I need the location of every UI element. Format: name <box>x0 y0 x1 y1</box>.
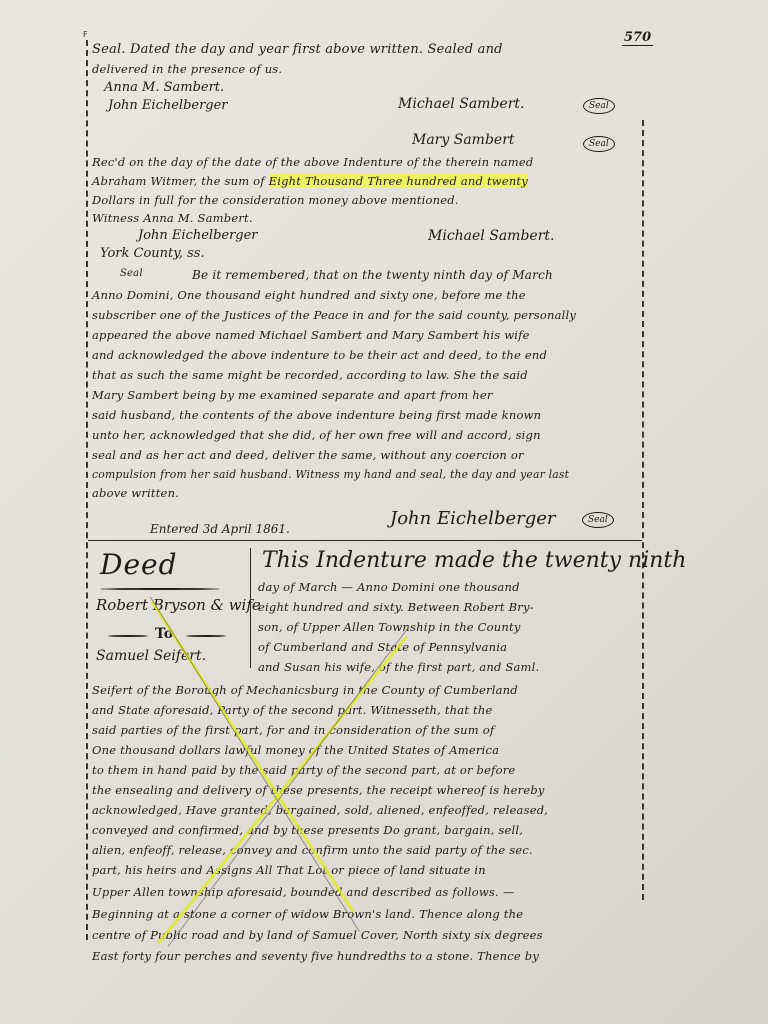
body-line: Upper Allen township aforesaid, bounded … <box>92 885 514 899</box>
receipt-witness-line: Witness Anna M. Sambert. <box>92 211 253 225</box>
text-line: delivered in the presence of us. <box>92 62 282 76</box>
receipt-text: Abraham Witmer, the sum of <box>92 174 265 188</box>
ack-line: said husband, the contents of the above … <box>92 408 541 422</box>
body-line: and State aforesaid, Party of the second… <box>92 703 492 717</box>
ack-line: Mary Sambert being by me examined separa… <box>92 388 493 402</box>
deed-column-divider <box>250 548 251 668</box>
grantor-signature: Michael Sambert. <box>398 96 524 112</box>
grantor-signature: Mary Sambert <box>412 132 515 148</box>
seal-mark: Seal <box>583 98 615 114</box>
ack-line: appeared the above named Michael Sambert… <box>92 328 530 342</box>
page-number: 570 <box>622 30 653 46</box>
document-photo: F 570 Seal. Dated the day and year first… <box>0 0 768 1024</box>
entered-note: Entered 3d April 1861. <box>150 522 290 536</box>
witness-label: Witness <box>92 211 139 225</box>
ack-line: above written. <box>92 486 179 500</box>
side-line: son, of Upper Allen Township in the Coun… <box>258 620 521 634</box>
witness-signature: Anna M. Sambert. <box>104 80 224 95</box>
highlighted-amount: Eight Thousand Three hundred and twenty <box>269 174 528 188</box>
body-line: Beginning at a stone a corner of widow B… <box>92 907 523 921</box>
receipt-line: Rec'd on the day of the date of the abov… <box>92 155 533 169</box>
body-line: Seifert of the Borough of Mechanicsburg … <box>92 683 518 697</box>
ack-line: Be it remembered, that on the twenty nin… <box>192 268 553 282</box>
side-line: of Cumberland and State of Pennsylvania <box>258 640 507 654</box>
seal-mark: Seal <box>583 136 615 152</box>
indenture-heading: This Indenture made the twenty ninth <box>262 548 686 573</box>
text-line: Seal. Dated the day and year first above… <box>92 42 503 57</box>
seal-mark: Seal <box>582 512 614 528</box>
witness-signature: Anna M. Sambert. <box>143 211 253 225</box>
corner-mark: F <box>83 30 88 39</box>
to-flourish-right <box>186 635 226 637</box>
to-flourish-left <box>108 635 148 637</box>
body-line: conveyed and confirmed, and by these pre… <box>92 823 523 837</box>
body-line: acknowledged, Have granted, bargained, s… <box>92 803 548 817</box>
body-line: the ensealing and delivery of these pres… <box>92 783 545 797</box>
body-line: said parties of the first part, for and … <box>92 723 494 737</box>
right-margin-rule <box>642 120 644 900</box>
section-divider <box>88 540 642 541</box>
left-margin-rule <box>86 40 88 940</box>
witness-signature: John Eichelberger <box>108 98 228 113</box>
body-line: East forty four perches and seventy five… <box>92 949 539 963</box>
ack-line: compulsion from her said husband. Witnes… <box>92 468 569 481</box>
ack-line: that as such the same might be recorded,… <box>92 368 528 382</box>
deed-title-flourish <box>100 588 220 590</box>
side-line: and Susan his wife, of the first part, a… <box>258 660 539 674</box>
ack-line: unto her, acknowledged that she did, of … <box>92 428 541 442</box>
witness-signature: John Eichelberger <box>138 228 258 243</box>
ack-line: subscriber one of the Justices of the Pe… <box>92 308 576 322</box>
body-line: part, his heirs and Assigns All That Lot… <box>92 863 486 877</box>
ack-line: Anno Domini, One thousand eight hundred … <box>92 288 526 302</box>
seal-margin-note: Seal <box>120 268 143 279</box>
county-line: York County, ss. <box>100 246 205 261</box>
ack-line: seal and as her act and deed, deliver th… <box>92 448 524 462</box>
side-line: eight hundred and sixty. Between Robert … <box>258 600 534 614</box>
receipt-line: Dollars in full for the consideration mo… <box>92 193 459 207</box>
grantor-name: Robert Bryson & wife <box>96 596 261 614</box>
receipt-line: Abraham Witmer, the sum of Eight Thousan… <box>92 174 528 188</box>
ack-line: and acknowledged the above indenture to … <box>92 348 547 362</box>
justice-signature: John Eichelberger <box>390 508 556 529</box>
body-line: One thousand dollars lawful money of the… <box>92 743 499 757</box>
side-line: day of March — Anno Domini one thousand <box>258 580 520 594</box>
deed-title: Deed <box>100 548 178 581</box>
receipt-signature: Michael Sambert. <box>428 228 554 244</box>
